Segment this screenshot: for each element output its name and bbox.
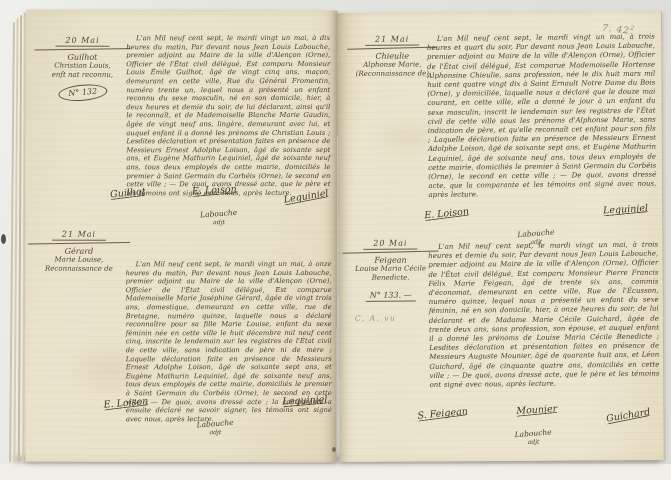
margin-date-text: 20 Mai (55, 36, 109, 47)
act-margin-annotation: 21 MaiGérardMarie Louise,Reconnaissance … (26, 230, 132, 274)
left-page: 20 MaiGuilhotChristian Louis,enft nat re… (25, 10, 337, 463)
act-number-badge: N° 133. — (366, 291, 416, 302)
clerk-signature-role: adjt (110, 219, 328, 227)
clerk-signature-name: Labouche (200, 208, 238, 219)
margin-date: 20 Mai (340, 238, 440, 248)
register-scan: 20 MaiGuilhotChristian Louis,enft nat re… (0, 0, 671, 480)
margin-name-line: enft nat reconnu, (32, 71, 132, 80)
pencil-note: C. A. vu (341, 313, 441, 323)
signature: Mounier (516, 404, 557, 416)
margin-name-line: Marie Louise, (26, 256, 132, 265)
scan-speck (332, 447, 336, 452)
clerk-signature: Laboucheadjt (417, 420, 649, 446)
margin-date-text: 20 Mai (363, 239, 417, 250)
clerk-signature-role: adjt (418, 438, 650, 446)
signature: S. Feigean (417, 406, 468, 421)
signature: E. Loison (424, 206, 470, 220)
act-margin-annotation: 20 MaiGuilhotChristian Louis,enft nat re… (32, 36, 132, 101)
scan-speck (1, 234, 6, 244)
signature: Guilhot (110, 186, 146, 199)
margin-name-line: Reconnaissance de (26, 265, 132, 274)
signature-area: S. FeigeanMounierGuichardLaboucheadjt (417, 407, 649, 446)
margin-rule (28, 242, 130, 245)
act-number-badge: N° 132 (57, 83, 107, 103)
margin-date: 21 Mai (26, 230, 132, 239)
clerk-signature-name: Labouche (197, 418, 235, 429)
signature-area: GuilhotE. LoisonLequinielLaboucheadjt (110, 188, 328, 227)
signature: E. Loison (103, 396, 148, 410)
margin-date-text: 21 Mai (52, 230, 106, 241)
signature-row: E. LoisonLequiniel (424, 207, 648, 218)
clerk-signature: Laboucheadjt (103, 411, 327, 437)
margin-rule (34, 48, 130, 50)
clerk-signature-name: Labouche (515, 427, 553, 439)
margin-name-line: (Reconnaissance de) (345, 69, 439, 79)
act-margin-annotation: 20 MaiFeigeanLouise Maria CécileBenedict… (340, 238, 441, 323)
margin-date-text: 21 Mai (365, 34, 419, 45)
signature: Lequiniel (282, 394, 327, 406)
margin-number-wrap: N° 133. — (341, 282, 441, 302)
signature-row: GuilhotE. LoisonLequiniel (110, 188, 328, 199)
folio-superscript: 2 (630, 25, 636, 33)
margin-name-line: Louise Maria Cécile (341, 264, 441, 274)
margin-number-wrap: N° 132 (32, 80, 132, 101)
margin-rule (347, 47, 437, 50)
act-body-text: L'an Mil neuf cent sept, le mardi vingt … (126, 34, 330, 198)
signature-row: S. FeigeanMounierGuichard (417, 407, 649, 418)
margin-rule (342, 251, 438, 254)
act-body-text: L'an Mil neuf cent sept, le mardi vingt … (428, 241, 660, 391)
margin-name-line: Guilhot (32, 53, 132, 62)
desk-background (0, 464, 671, 480)
right-page: 7. 422 21 MaiChieulieAlphonse Marie,(Rec… (337, 11, 665, 462)
act-margin-annotation: 21 MaiChieulieAlphonse Marie,(Reconnaiss… (345, 34, 439, 79)
signature-row: E. LoisonLequiniel (104, 398, 328, 409)
margin-name-line: Gérard (26, 247, 132, 256)
clerk-signature-name: Labouche (518, 227, 556, 239)
clerk-signature-role: adjt (103, 429, 327, 437)
margin-date: 20 Mai (33, 36, 133, 45)
clerk-signature: Laboucheadjt (110, 201, 328, 227)
margin-name-line: Christian Louis, (32, 62, 132, 71)
signature-area: E. LoisonLequinielLaboucheadjt (103, 398, 327, 437)
margin-date: 21 Mai (345, 34, 439, 44)
act-body-text: L'an Mil neuf cent sept, le mardi vingt … (427, 33, 657, 201)
signature: E. Loison (192, 184, 237, 196)
signature: Lequiniel (603, 203, 649, 216)
